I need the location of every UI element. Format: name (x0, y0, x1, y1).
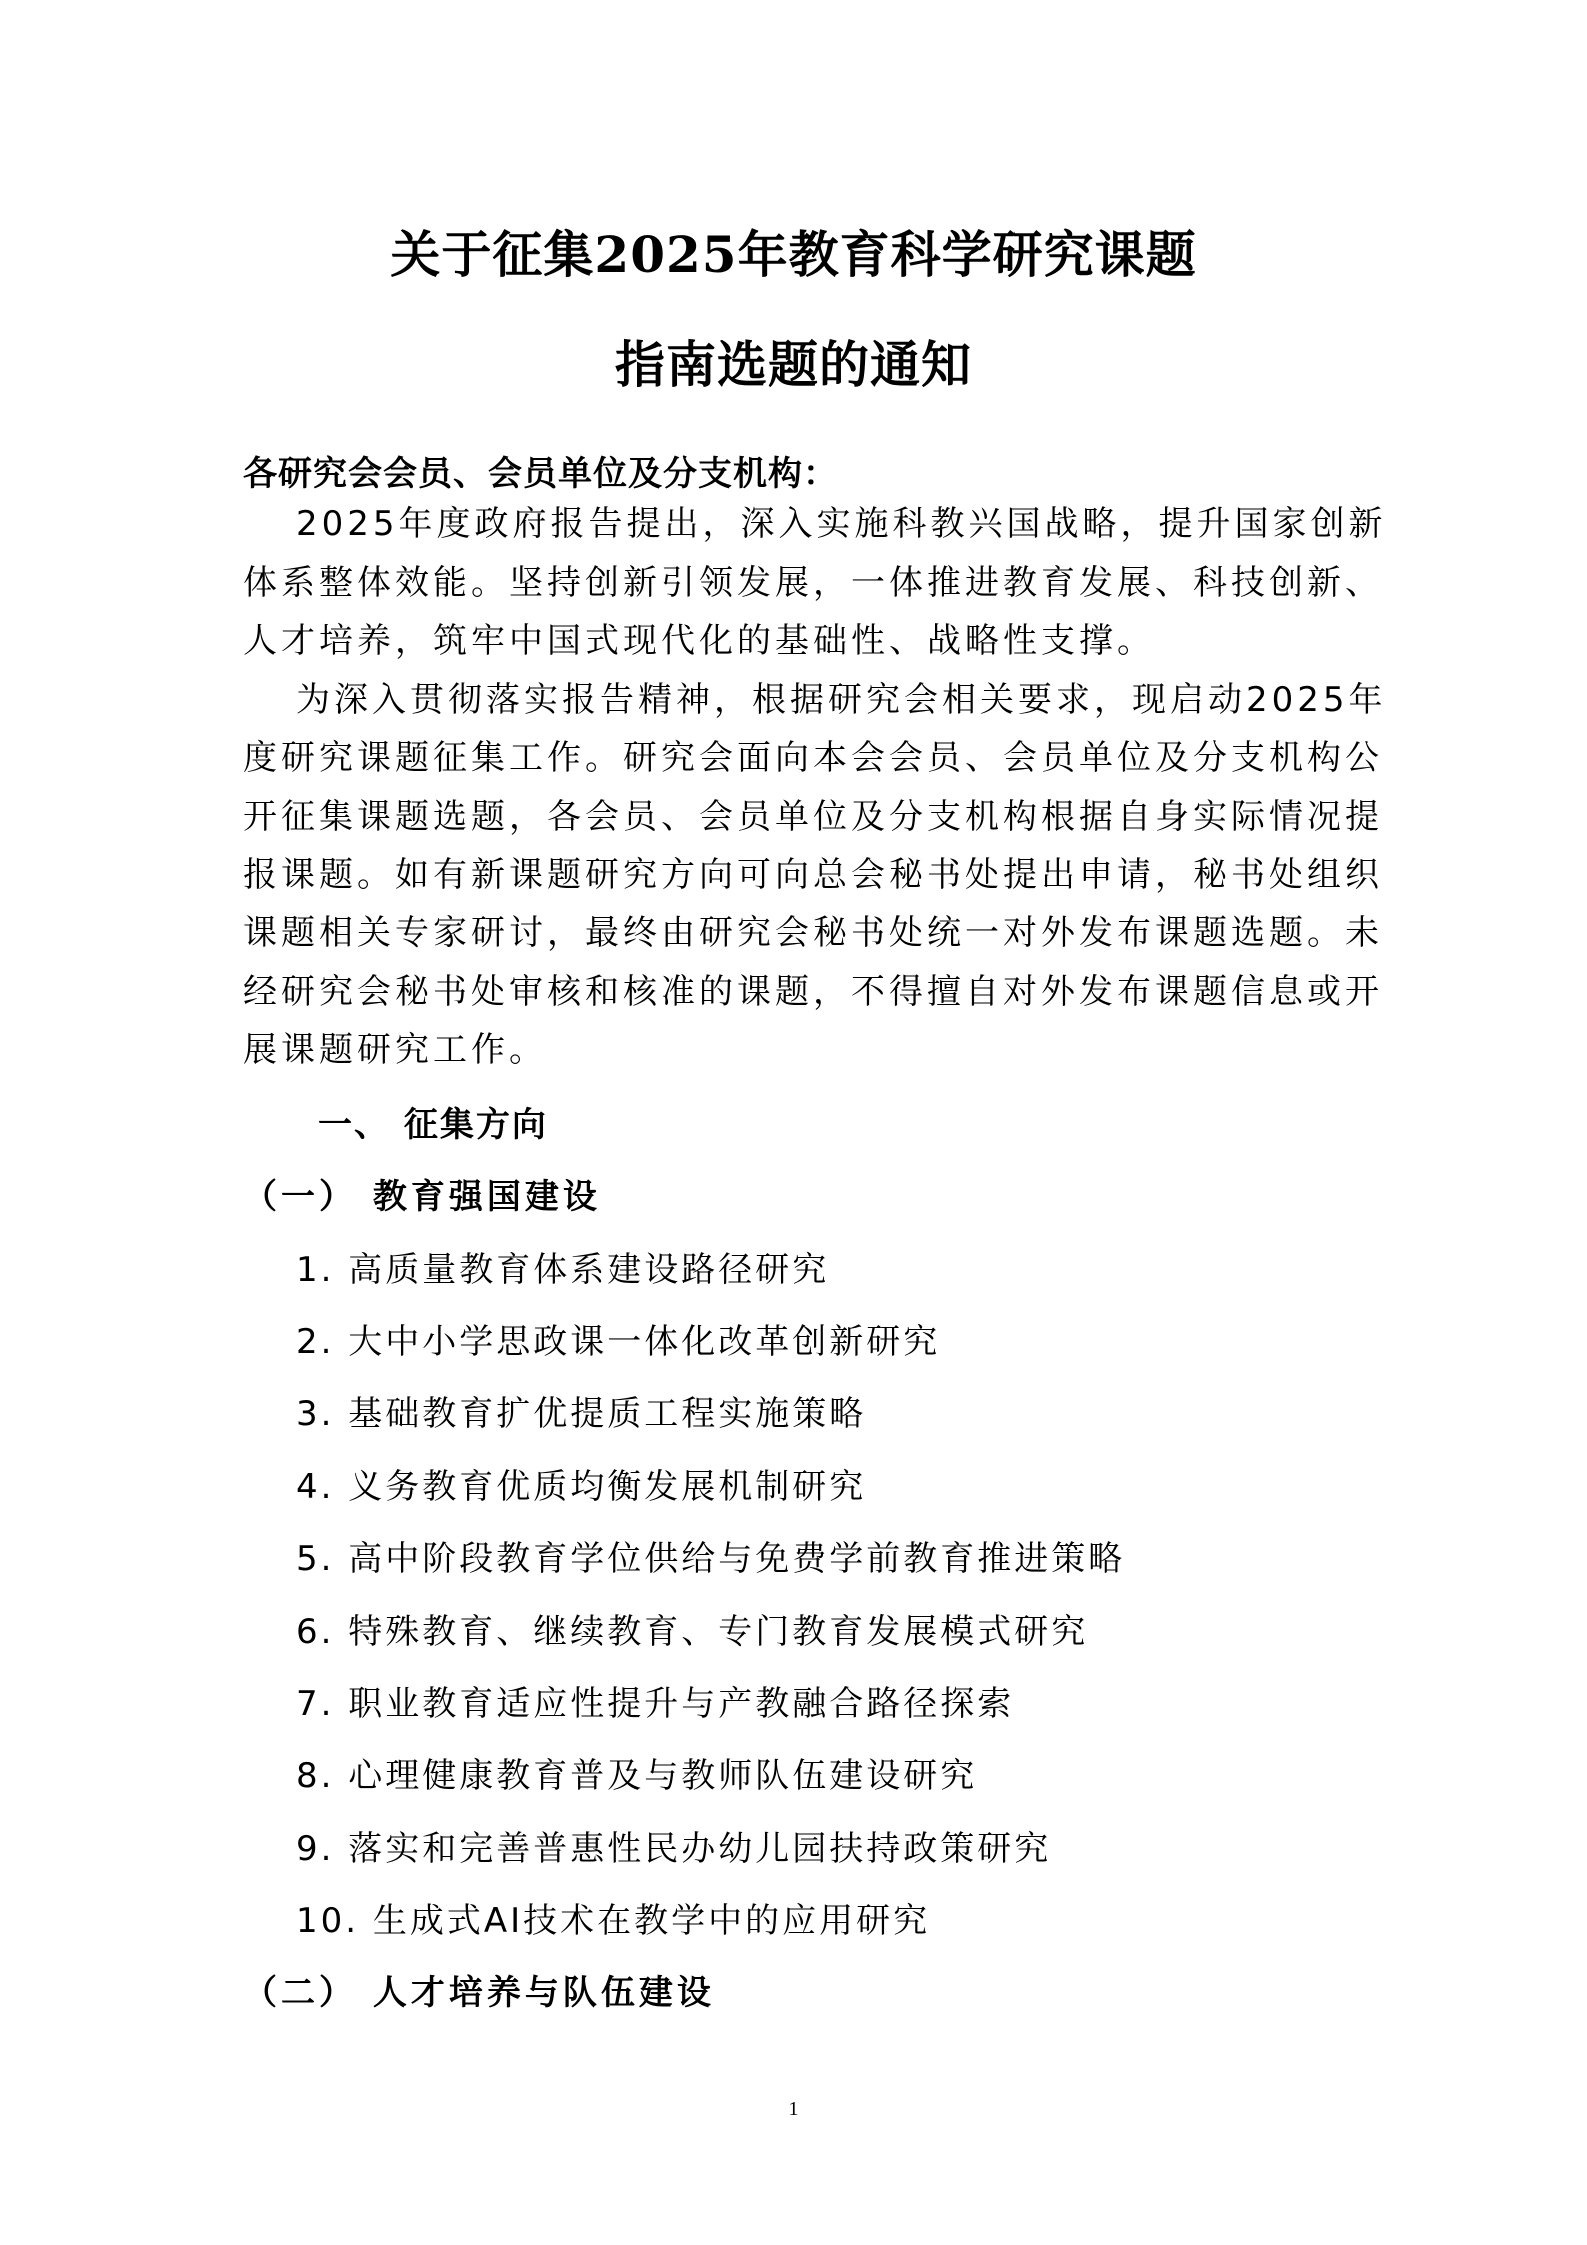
topic-item: 10. 生成式AI技术在教学中的应用研究 (296, 1901, 1406, 1941)
topic-item: 5. 高中阶段教育学位供给与免费学前教育推进策略 (296, 1539, 1406, 1579)
topic-item: 8. 心理健康教育普及与教师队伍建设研究 (296, 1756, 1406, 1796)
topic-item: 3. 基础教育扩优提质工程实施策略 (296, 1394, 1406, 1434)
page-number: 1 (0, 2098, 1587, 2121)
paragraph-2-line: 经研究会秘书处审核和核准的课题，不得擅自对外发布课题信息或开 (243, 972, 1353, 1012)
document-title-line-2: 指南选题的通知 (0, 325, 1587, 397)
document-title-line-1: 关于征集2025年教育科学研究课题 (0, 215, 1587, 287)
salutation: 各研究会会员、会员单位及分支机构： (243, 454, 1353, 494)
paragraph-2-line: 为深入贯彻落实报告精神，根据研究会相关要求，现启动2025年 (296, 680, 1406, 720)
topic-item: 7. 职业教育适应性提升与产教融合路径探索 (296, 1684, 1406, 1724)
paragraph-1-line: 2025年度政府报告提出，深入实施科教兴国战略，提升国家创新 (296, 504, 1406, 544)
paragraph-1-line: 体系整体效能。坚持创新引领发展，一体推进教育发展、科技创新、 (243, 563, 1353, 603)
topic-item: 6. 特殊教育、继续教育、专门教育发展模式研究 (296, 1612, 1406, 1652)
document-page: 关于征集2025年教育科学研究课题 指南选题的通知 各研究会会员、会员单位及分支… (0, 0, 1587, 2245)
paragraph-2-line: 度研究课题征集工作。研究会面向本会会员、会员单位及分支机构公 (243, 738, 1353, 778)
paragraph-2-line: 报课题。如有新课题研究方向可向总会秘书处提出申请，秘书处组织 (243, 855, 1353, 895)
paragraph-2-line: 开征集课题选题，各会员、会员单位及分支机构根据自身实际情况提 (243, 797, 1353, 837)
subsection-heading: （二） 人才培养与队伍建设 (243, 1973, 1353, 2013)
paragraph-2-line: 课题相关专家研讨，最终由研究会秘书处统一对外发布课题选题。未 (243, 913, 1353, 953)
topic-item: 1. 高质量教育体系建设路径研究 (296, 1250, 1406, 1290)
paragraph-1-line: 人才培养，筑牢中国式现代化的基础性、战略性支撑。 (243, 621, 1353, 661)
topic-item: 2. 大中小学思政课一体化改革创新研究 (296, 1322, 1406, 1362)
subsection-heading: （一） 教育强国建设 (243, 1177, 1353, 1217)
paragraph-2-line: 展课题研究工作。 (243, 1030, 1353, 1070)
section-heading: 一、 征集方向 (318, 1105, 1428, 1145)
topic-item: 9. 落实和完善普惠性民办幼儿园扶持政策研究 (296, 1829, 1406, 1869)
topic-item: 4. 义务教育优质均衡发展机制研究 (296, 1467, 1406, 1507)
